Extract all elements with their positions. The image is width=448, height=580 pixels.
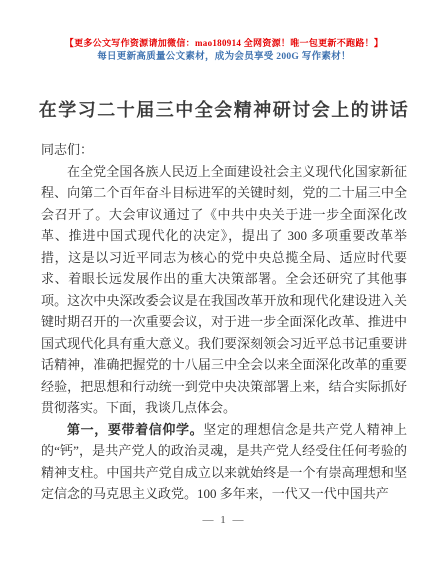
paragraph-1: 在全党全国各族人民迈上全面建设社会主义现代化国家新征程、向第二个百年奋斗目标进军… <box>41 161 407 419</box>
paragraph-1-text: 在全党全国各族人民迈上全面建设社会主义现代化国家新征程、向第二个百年奋斗目标进军… <box>41 164 407 416</box>
document-page: 【更多公文写作资源请加微信：mao180914 全网资源！唯一包更新不跑路！】 … <box>0 0 448 580</box>
ad-banner-line2: 每日更新高质量公文素材，成为会员享受 200G 写作素材！ <box>0 50 448 64</box>
document-body: 同志们： 在全党全国各族人民迈上全面建设社会主义现代化国家新征程、向第二个百年奋… <box>41 139 407 505</box>
page-number: — 1 — <box>0 514 448 526</box>
document-title: 在学习二十届三中全会精神研讨会上的讲话 <box>0 96 448 122</box>
paragraph-2: 第一，要带着信仰学。坚定的理想信念是共产党人精神上的“钙”，是共产党人的政治灵魂… <box>41 419 407 505</box>
ad-banner: 【更多公文写作资源请加微信：mao180914 全网资源！唯一包更新不跑路！】 … <box>0 36 448 64</box>
salutation: 同志们： <box>41 139 407 161</box>
paragraph-2-lead: 第一，要带着信仰学。 <box>67 422 203 437</box>
ad-banner-line1: 【更多公文写作资源请加微信：mao180914 全网资源！唯一包更新不跑路！】 <box>0 36 448 50</box>
